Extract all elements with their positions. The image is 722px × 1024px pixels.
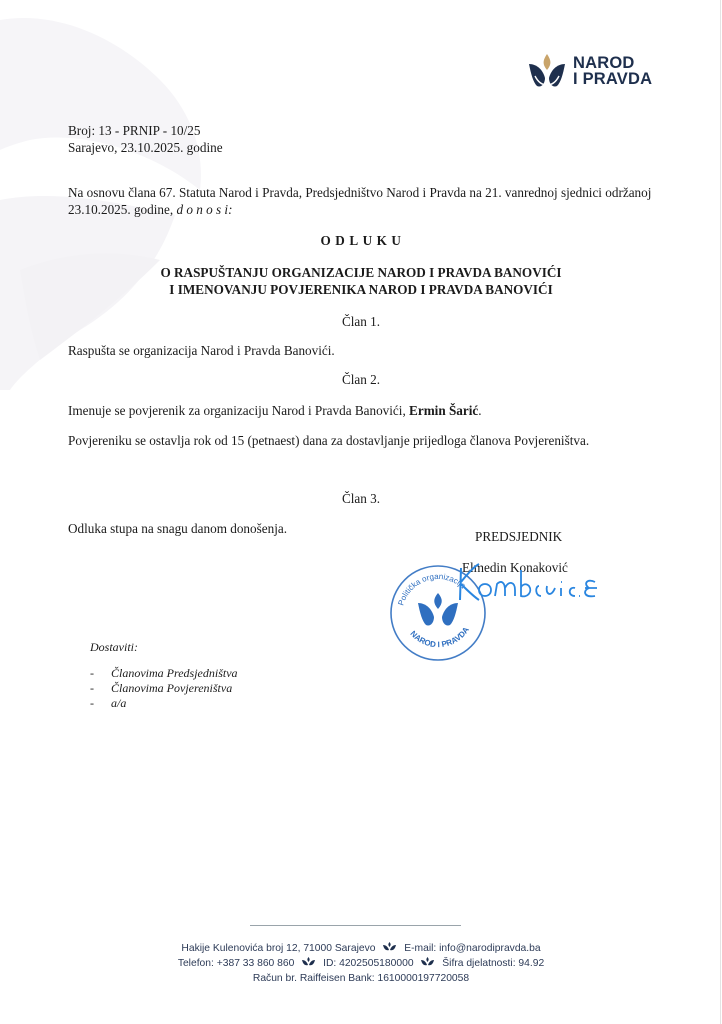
distribution-item-text: a/a [111, 696, 126, 711]
intro-line1: Na osnovu člana 67. Statuta Narod i Prav… [68, 184, 651, 201]
footer-divider [250, 925, 461, 926]
article-3-heading: Član 3. [0, 490, 722, 507]
footer-email: E-mail: info@narodipravda.ba [404, 943, 540, 954]
footer-bank-account: Račun br. Raiffeisen Bank: 1610000197720… [0, 971, 722, 986]
lotus-bullet-icon [383, 942, 396, 952]
subtitle-line2: I IMENOVANJU POVJERENIKA NAROD I PRAVDA … [0, 281, 722, 298]
footer-address: Hakije Kulenovića broj 12, 71000 Sarajev… [181, 943, 375, 954]
distribution-label: Dostaviti: [90, 640, 138, 655]
footer-contact: Hakije Kulenovića broj 12, 71000 Sarajev… [0, 941, 722, 986]
distribution-item: -Članovima Povjereništva [90, 681, 238, 696]
document-page: NAROD I PRAVDA Broj: 13 - PRNIP - 10/25 … [0, 0, 722, 1024]
article-1-heading: Član 1. [0, 313, 722, 330]
page-edge [720, 0, 721, 1024]
distribution-item-text: Članovima Povjereništva [111, 681, 232, 696]
footer-id: ID: 4202505180000 [323, 958, 413, 969]
svg-text:NAROD I PRAVDA: NAROD I PRAVDA [408, 625, 470, 649]
article-2-text-prefix: Imenuje se povjerenik za organizaciju Na… [68, 403, 409, 418]
footer-phone: Telefon: +387 33 860 860 [178, 958, 295, 969]
decision-subtitle: O RASPUŠTANJU ORGANIZACIJE NAROD I PRAVD… [0, 264, 722, 298]
reference-number: Broj: 13 - PRNIP - 10/25 [68, 122, 223, 139]
brand-name-line1: NAROD [573, 55, 652, 71]
distribution-list: -Članovima Predsjedništva -Članovima Pov… [90, 666, 238, 711]
article-2-text-suffix: . [478, 403, 481, 418]
signatory-title: PREDSJEDNIK [475, 528, 562, 545]
intro-line2: 23.10.2025. godine, [68, 202, 176, 217]
brand-logo: NAROD I PRAVDA [527, 52, 652, 90]
distribution-item: -a/a [90, 696, 238, 711]
appointee-name: Ermin Šarić [409, 403, 478, 418]
lotus-bullet-icon [421, 957, 434, 967]
subtitle-line1: O RASPUŠTANJU ORGANIZACIJE NAROD I PRAVD… [0, 264, 722, 281]
brand-name-line2: I PRAVDA [573, 71, 652, 87]
article-2-deadline: Povjereniku se ostavlja rok od 15 (petna… [68, 432, 589, 449]
handwritten-signature-icon [455, 560, 600, 610]
lotus-hands-logo-icon [527, 52, 567, 90]
article-3-text: Odluka stupa na snagu danom donošenja. [68, 520, 287, 537]
decision-title: ODLUKU [0, 232, 722, 249]
stamp-bottom-text: NAROD I PRAVDA [408, 625, 470, 649]
intro-paragraph: Na osnovu člana 67. Statuta Narod i Prav… [68, 184, 651, 218]
distribution-item-text: Članovima Predsjedništva [111, 666, 238, 681]
document-reference: Broj: 13 - PRNIP - 10/25 Sarajevo, 23.10… [68, 122, 223, 156]
intro-emphasis: d o n o s i: [176, 202, 232, 217]
place-date: Sarajevo, 23.10.2025. godine [68, 139, 223, 156]
article-1-text: Raspušta se organizacija Narod i Pravda … [68, 342, 335, 359]
distribution-item: -Članovima Predsjedništva [90, 666, 238, 681]
article-2-heading: Član 2. [0, 371, 722, 388]
lotus-bullet-icon [302, 957, 315, 967]
article-2-text: Imenuje se povjerenik za organizaciju Na… [68, 402, 482, 419]
footer-activity-code: Šifra djelatnosti: 94.92 [442, 958, 544, 969]
